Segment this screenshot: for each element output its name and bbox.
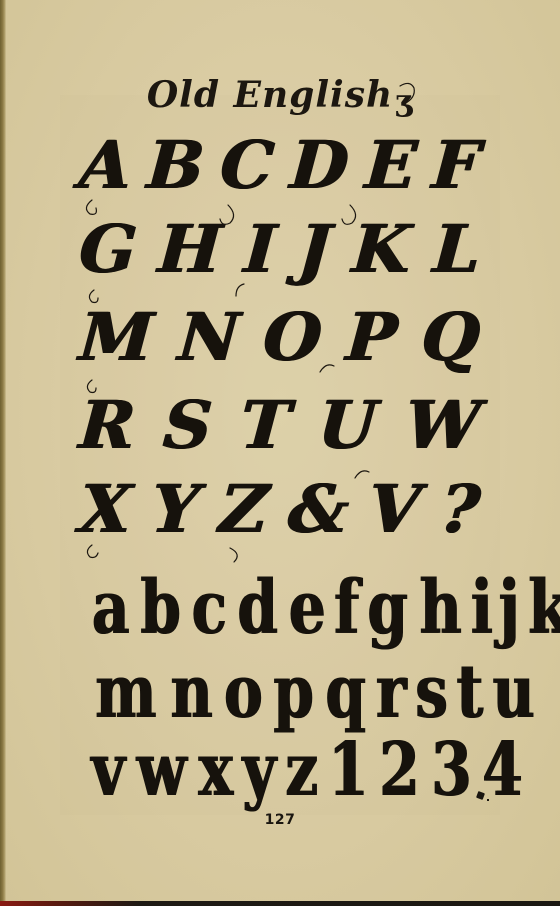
glyph: r <box>375 649 405 735</box>
glyph: Z <box>217 470 271 548</box>
glyph: e <box>288 565 325 651</box>
uppercase-row-2: G H I J K L <box>80 208 480 290</box>
glyph: u <box>492 649 534 735</box>
uppercase-row-5: X Y Z & V ? <box>80 468 480 550</box>
glyph: G <box>77 210 139 288</box>
glyph: J <box>296 210 333 288</box>
glyph: m <box>95 649 156 735</box>
uppercase-row-3: M N O P Q <box>80 296 480 378</box>
glyph: 3 <box>431 727 471 813</box>
glyph: b <box>140 565 180 651</box>
glyph: z <box>284 727 317 813</box>
page-number: 127 <box>0 812 560 828</box>
lowercase-row-1: a b c d e f g h i j k l <box>86 566 466 650</box>
title-text: Old English <box>147 74 393 116</box>
glyph: p <box>273 649 313 735</box>
bottom-edge <box>0 901 560 906</box>
glyph: S <box>161 386 214 464</box>
glyph: V <box>367 470 424 548</box>
glyph: R <box>77 386 137 464</box>
uppercase-row-1: A B C D E F <box>80 124 480 206</box>
glyph: d <box>236 565 276 651</box>
page-title: Old Englishʒ <box>0 70 560 127</box>
glyph: U <box>316 386 379 464</box>
glyph: Y <box>149 470 202 548</box>
glyph: E <box>363 126 419 204</box>
glyph: Q <box>420 298 483 376</box>
glyph: I <box>242 210 278 288</box>
glyph: B <box>146 126 207 204</box>
glyph: t <box>455 649 482 735</box>
glyph: q <box>325 649 365 735</box>
glyph: C <box>219 126 277 204</box>
glyph: f <box>333 565 358 651</box>
glyph: X <box>77 470 134 548</box>
glyph: ? <box>439 470 483 548</box>
glyph: 2 <box>379 727 419 813</box>
glyph: x <box>198 727 232 813</box>
glyph: y <box>242 727 276 813</box>
glyph: L <box>431 210 483 288</box>
lowercase-row-2: m n o p q r s t u <box>86 650 466 734</box>
glyph: k <box>528 565 560 651</box>
book-page: Old Englishʒ A B C D E F G H I J K L M N… <box>0 0 560 906</box>
uppercase-row-4: R S T U W <box>80 384 480 466</box>
glyph: N <box>176 298 242 376</box>
glyph: w <box>136 727 186 813</box>
glyph: 1 <box>328 727 368 813</box>
glyph: O <box>262 298 325 376</box>
glyph: o <box>224 649 263 735</box>
glyph: T <box>238 386 293 464</box>
title-swash-flourish: ʒ <box>395 84 413 119</box>
glyph: H <box>157 210 225 288</box>
glyph: D <box>288 126 351 204</box>
glyph: h <box>419 565 461 651</box>
glyph: K <box>350 210 413 288</box>
glyph: i <box>470 565 492 651</box>
glyph: F <box>430 126 482 204</box>
glyph: c <box>191 565 226 651</box>
glyph: P <box>345 298 400 376</box>
glyph: & <box>286 470 351 548</box>
glyph: j <box>498 565 519 651</box>
glyph: M <box>77 298 156 376</box>
glyph: W <box>403 386 483 464</box>
ink-speck <box>487 799 489 801</box>
glyph: g <box>367 565 407 651</box>
glyph: a <box>91 565 128 651</box>
glyph: v <box>91 727 125 813</box>
glyph: A <box>77 126 134 204</box>
binding-edge <box>0 0 6 906</box>
glyph: n <box>170 649 212 735</box>
glyph: s <box>415 649 448 735</box>
lowercase-row-3: v w x y z 1 2 3 4 <box>86 728 466 812</box>
